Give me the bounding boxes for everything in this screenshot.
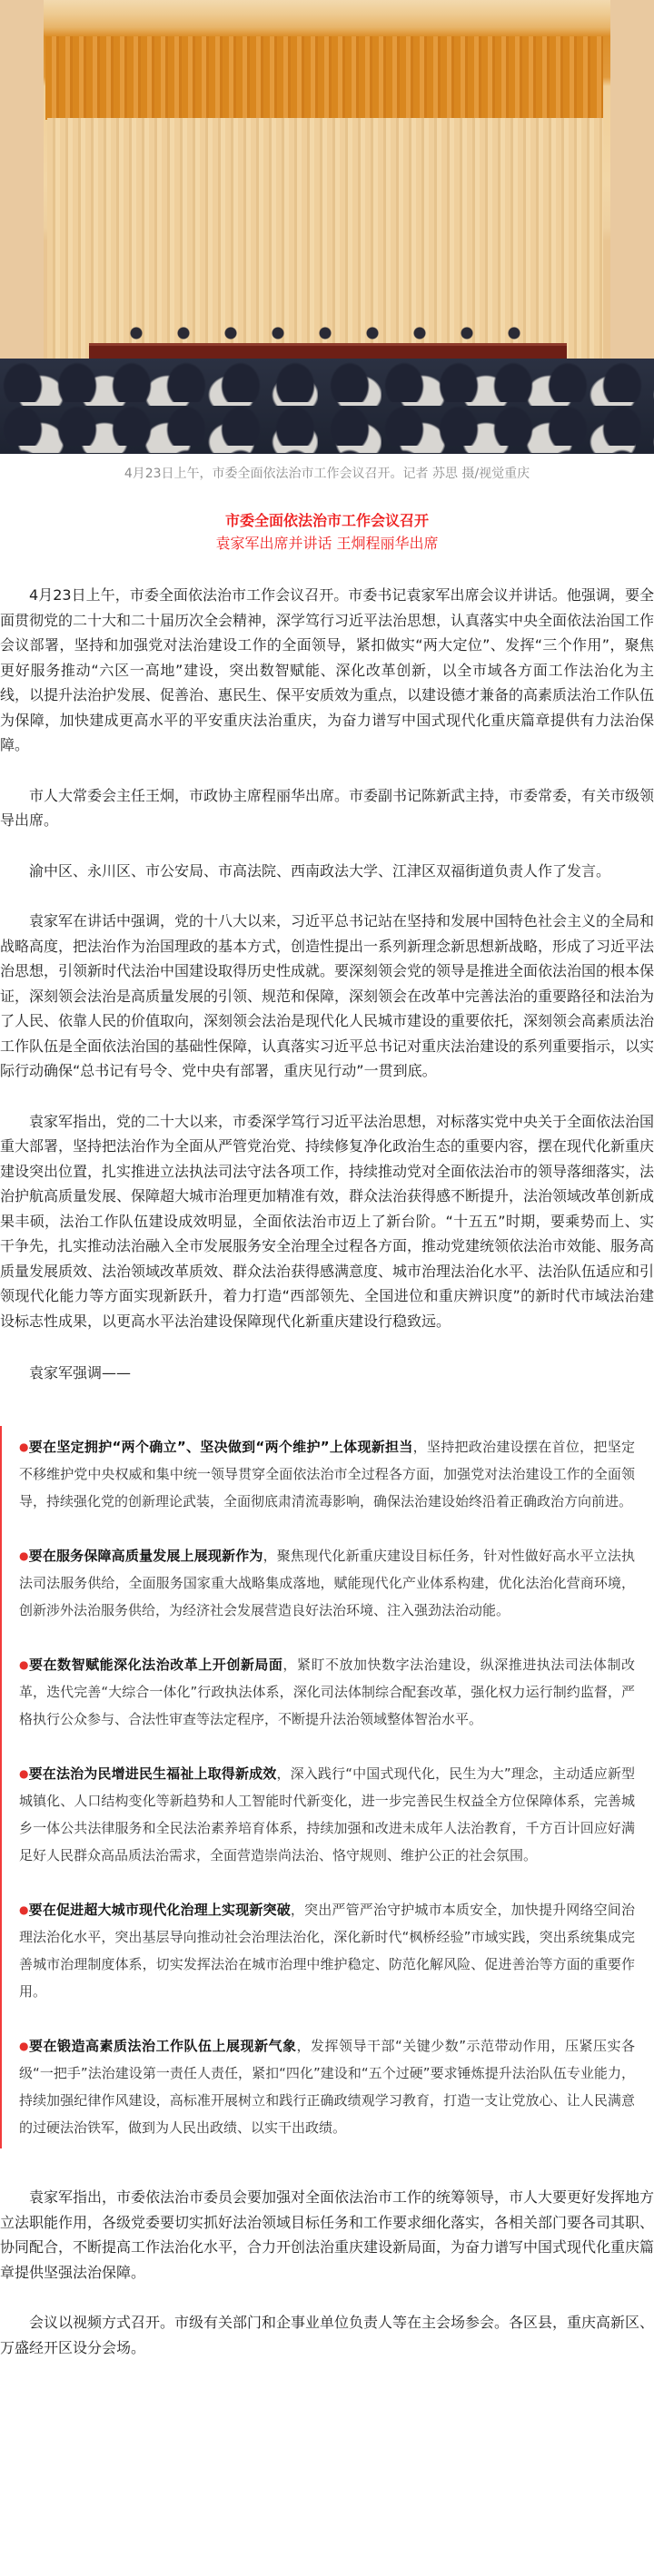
bullet-dot-icon: ● (19, 1767, 29, 1780)
article-body: 4月23日上午，市委全面依法治市工作会议召开。市委书记袁家军出席会议并讲话。他强… (0, 556, 654, 2396)
stage-valance (45, 36, 603, 120)
paragraph-opening: 4月23日上午，市委全面依法治市工作会议召开。市委书记袁家军出席会议并讲话。他强… (0, 583, 654, 758)
bullet-dot-icon: ● (19, 1903, 29, 1916)
key-point: ●要在服务保障高质量发展上展现新作为，聚焦现代化新重庆建设目标任务，针对性做好高… (19, 1542, 635, 1624)
bullet-dot-icon: ● (19, 1440, 29, 1453)
photo-caption: 4月23日上午，市委全面依法治市工作会议召开。记者 苏思 摄/视觉重庆 (0, 454, 654, 494)
paragraph-speakers: 渝中区、永川区、市公安局、市高法院、西南政法大学、江津区双福街道负责人作了发言。 (0, 859, 654, 884)
audience (0, 359, 654, 454)
key-point-heading: 要在法治为民增进民生福祉上取得新成效 (29, 1765, 277, 1782)
paragraph-speech-1: 袁家军在讲话中强调，党的十八大以来，习近平总书记站在坚持和发展中国特色社会主义的… (0, 909, 654, 1084)
headline-main: 市委全面依法治市工作会议召开 (0, 510, 654, 532)
paragraph-lead-in: 袁家军强调—— (0, 1361, 654, 1386)
paragraph-attendees: 市人大常委会主任王炯，市政协主席程丽华出席。市委副书记陈新武主持，市委常委，有关… (0, 783, 654, 833)
key-point-heading: 要在服务保障高质量发展上展现新作为 (29, 1548, 263, 1564)
rostrum-officials (127, 322, 545, 344)
key-point: ●要在法治为民增进民生福祉上取得新成效，深入践行“中国式现代化，民生为大”理念，… (19, 1760, 635, 1869)
key-point: ●要在锻造高素质法治工作队伍上展现新气象，发挥领导干部“关键少数”示范带动作用，… (19, 2032, 635, 2141)
bullet-dot-icon: ● (19, 2040, 29, 2052)
key-point-heading: 要在促进超大城市现代化治理上实现新突破 (29, 1902, 291, 1918)
key-point: ●要在促进超大城市现代化治理上实现新突破，突出严管严治守护城市本质安全，加快提升… (19, 1896, 635, 2005)
paragraph-speech-2: 袁家军指出，党的二十大以来，市委深学笃行习近平法治思想，对标落实党中央关于全面依… (0, 1109, 654, 1334)
meeting-photo (0, 0, 654, 454)
bullet-dot-icon: ● (19, 1658, 29, 1671)
paragraph-meeting-format: 会议以视频方式召开。市级有关部门和企事业单位负责人等在主会场参会。各区县，重庆高… (0, 2310, 654, 2360)
headline-sub: 袁家军出席并讲话 王炯程丽华出席 (0, 532, 654, 556)
headline: 市委全面依法治市工作会议召开 袁家军出席并讲话 王炯程丽华出席 (0, 510, 654, 556)
key-point-heading: 要在数智赋能深化法治改革上开创新局面 (29, 1657, 282, 1673)
key-points-block: ●要在坚定拥护“两个确立”、坚决做到“两个维护”上体现新担当，坚持把政治建设摆在… (0, 1426, 654, 2148)
key-point: ●要在数智赋能深化法治改革上开创新局面，紧盯不放加快数字法治建设，纵深推进执法司… (19, 1651, 635, 1733)
paragraph-responsibilities: 袁家军指出，市委依法治市委员会要加强对全面依法治市工作的统筹领导，市人大要更好发… (0, 2185, 654, 2285)
bullet-dot-icon: ● (19, 1549, 29, 1562)
article-page: 4月23日上午，市委全面依法治市工作会议召开。记者 苏思 摄/视觉重庆 市委全面… (0, 0, 654, 2396)
key-point-heading: 要在锻造高素质法治工作队伍上展现新气象 (29, 2038, 296, 2054)
key-point-heading: 要在坚定拥护“两个确立”、坚决做到“两个维护”上体现新担当 (29, 1439, 413, 1455)
key-point: ●要在坚定拥护“两个确立”、坚决做到“两个维护”上体现新担当，坚持把政治建设摆在… (19, 1433, 635, 1515)
